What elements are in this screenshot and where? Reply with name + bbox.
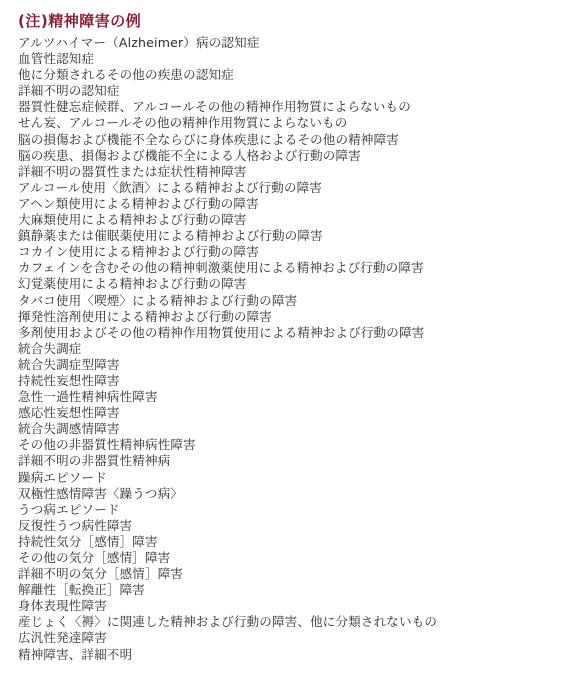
list-item: 持続性妄想性障害	[18, 373, 564, 389]
list-item: せん妄、アルコールその他の精神作用物質によらないもの	[18, 115, 564, 131]
list-item: アルツハイマー（Alzheimer）病の認知症	[18, 35, 564, 51]
list-item: コカイン使用による精神および行動の障害	[18, 244, 564, 260]
list-item: 器質性健忘症候群、アルコールその他の精神作用物質によらないもの	[18, 99, 564, 115]
list-item: 脳の疾患、損傷および機能不全による人格および行動の障害	[18, 148, 564, 164]
list-item: 脳の損傷および機能不全ならびに身体疾患によるその他の精神障害	[18, 132, 564, 148]
document: (注)精神障害の例 アルツハイマー（Alzheimer）病の認知症血管性認知症他…	[0, 0, 578, 663]
page-title: (注)精神障害の例	[18, 13, 564, 29]
list-item: 躁病エピソード	[18, 470, 564, 486]
list-item: 反復性うつ病性障害	[18, 518, 564, 534]
list-item: 鎮静薬または催眠薬使用による精神および行動の障害	[18, 228, 564, 244]
list-item: 統合失調症	[18, 341, 564, 357]
list-item: 多剤使用およびその他の精神作用物質使用による精神および行動の障害	[18, 325, 564, 341]
list-item: 双極性感情障害〈躁うつ病〉	[18, 486, 564, 502]
list-item: 血管性認知症	[18, 51, 564, 67]
list-item: その他の非器質性精神病性障害	[18, 437, 564, 453]
list-item: アルコール使用〈飲酒〉による精神および行動の障害	[18, 180, 564, 196]
list-item: 詳細不明の気分［感情］障害	[18, 566, 564, 582]
list-item: 幻覚薬使用による精神および行動の障害	[18, 276, 564, 292]
list-item: 統合失調症型障害	[18, 357, 564, 373]
list-item: その他の気分［感情］障害	[18, 550, 564, 566]
list-item: タバコ使用〈喫煙〉による精神および行動の障害	[18, 293, 564, 309]
list-item: 詳細不明の非器質性精神病	[18, 453, 564, 469]
list-item: 他に分類されるその他の疾患の認知症	[18, 67, 564, 83]
list-item: 精神障害、詳細不明	[18, 647, 564, 663]
list-item: 解離性［転換正］障害	[18, 582, 564, 598]
list-item: 詳細不明の器質性または症状性精神障害	[18, 164, 564, 180]
list-item: 持続性気分［感情］障害	[18, 534, 564, 550]
list-item: 産じょく〈褥〉に関連した精神および行動の障害、他に分類されないもの	[18, 614, 564, 630]
list-item: 身体表現性障害	[18, 598, 564, 614]
list-item: 感応性妄想性障害	[18, 405, 564, 421]
list-item: カフェインを含むその他の精神刺激薬使用による精神および行動の障害	[18, 260, 564, 276]
list-item: 統合失調感情障害	[18, 421, 564, 437]
list-item: 大麻類使用による精神および行動の障害	[18, 212, 564, 228]
disorder-list: アルツハイマー（Alzheimer）病の認知症血管性認知症他に分類されるその他の…	[18, 35, 564, 663]
list-item: アヘン類使用による精神および行動の障害	[18, 196, 564, 212]
list-item: 広汎性発達障害	[18, 630, 564, 646]
list-item: うつ病エピソード	[18, 502, 564, 518]
list-item: 揮発性溶剤使用による精神および行動の障害	[18, 309, 564, 325]
list-item: 急性一過性精神病性障害	[18, 389, 564, 405]
list-item: 詳細不明の認知症	[18, 83, 564, 99]
